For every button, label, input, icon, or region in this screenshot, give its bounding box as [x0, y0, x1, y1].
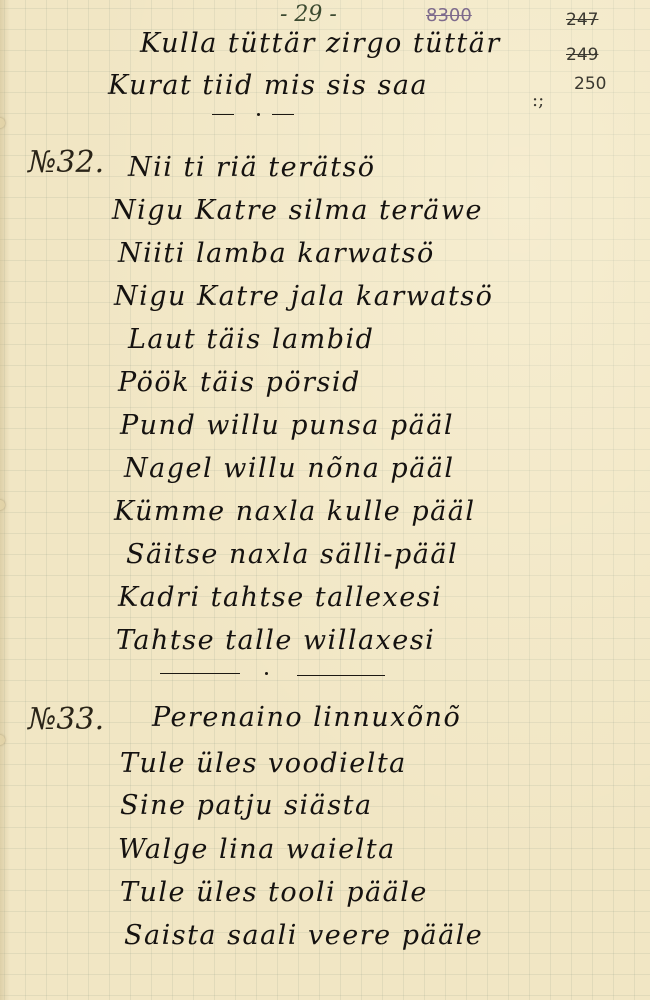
- poem-line: Nii ti riä terätsö: [128, 152, 376, 183]
- intro-end-mark: :;: [532, 90, 544, 111]
- poem-line: Walge lina waielta: [118, 834, 396, 865]
- page-number: - 29 -: [280, 2, 337, 27]
- poem-line: Nigu Katre silma teräwe: [112, 195, 483, 226]
- poem-line: Nagel willu nõna pääl: [124, 453, 455, 484]
- divider-left: [212, 114, 234, 115]
- poem-line: Pund willu punsa pääl: [120, 410, 454, 441]
- poem-line: Laut täis lambid: [128, 324, 374, 355]
- poem-line: Tule üles voodielta: [120, 748, 407, 779]
- poem-line: Niiti lamba karwatsö: [118, 238, 435, 269]
- poem-line: Tahtse talle willaxesi: [116, 625, 435, 656]
- poem-line: Säitse naxla sälli-pääl: [126, 539, 458, 570]
- poem-line: Pöök täis pörsid: [118, 367, 361, 398]
- poem-line: Perenaino linnuxõnõ: [152, 702, 461, 733]
- intro-line: Kulla tüttär zirgo tüttär: [140, 28, 501, 59]
- poem-line: Saista saali veere pääle: [124, 920, 483, 951]
- divider-right: [272, 114, 294, 115]
- divider-dot: [257, 113, 260, 116]
- struck-stamp-number: 8300: [426, 5, 472, 26]
- divider-right: [297, 675, 385, 676]
- poem-number: №33.: [28, 702, 104, 737]
- poem-number: №32.: [28, 145, 104, 180]
- archive-number-1: 247: [566, 10, 598, 30]
- divider-left: [160, 673, 240, 674]
- archive-number-3: 250: [574, 74, 606, 94]
- archive-number-2: 249: [566, 45, 598, 65]
- poem-line: Sine patju siästa: [120, 790, 373, 821]
- divider-dot: [265, 672, 268, 675]
- poem-line: Kadri tahtse tallexesi: [118, 582, 442, 613]
- poem-line: Nigu Katre jala karwatsö: [114, 281, 493, 312]
- poem-line: Tule üles tooli pääle: [120, 877, 428, 908]
- manuscript-page: - 29 - 8300 247 249 250 Kulla tüttär zir…: [0, 0, 650, 1000]
- poem-line: Kümme naxla kulle pääl: [114, 496, 475, 527]
- intro-line: Kurat tiid mis sis saa: [108, 70, 428, 101]
